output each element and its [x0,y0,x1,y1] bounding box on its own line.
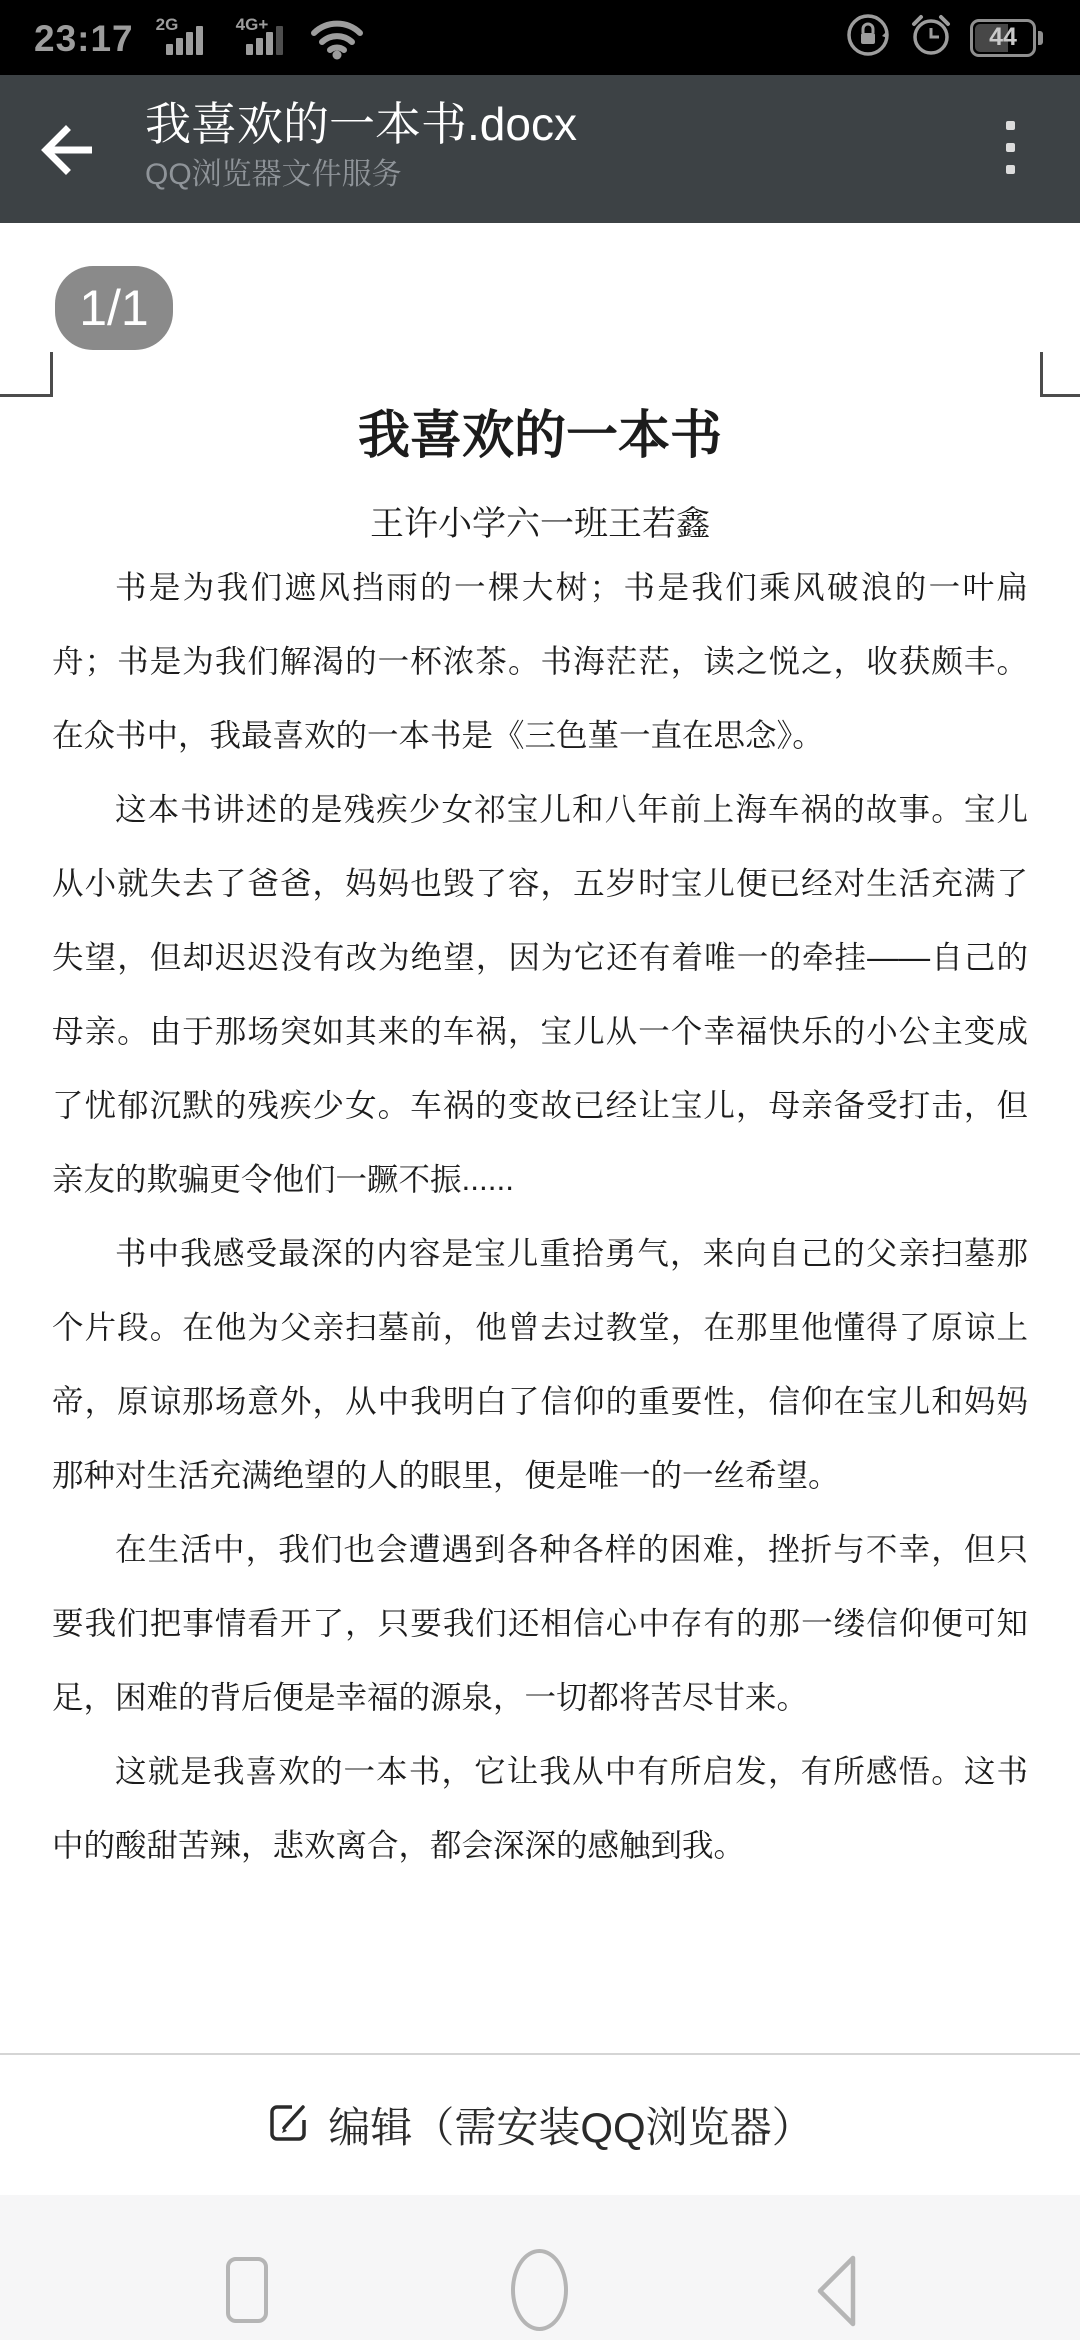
battery-icon: 44 [970,19,1036,57]
paragraph: 书中我感受最深的内容是宝儿重拾勇气，来向自己的父亲扫墓那个片段。在他为父亲扫墓前… [52,1216,1028,1512]
page-indicator-badge: 1/1 [55,266,173,350]
page-indicator: 1/1 [79,279,149,337]
rotation-lock-icon [844,11,892,64]
alarm-clock-icon [907,11,955,64]
document-viewer: 1/1 我喜欢的一本书 王许小学六一班王若鑫 书是为我们遮风挡雨的一棵大树；书是… [0,223,1080,2053]
app-header: 我喜欢的一本书.docx QQ浏览器文件服务 [0,75,1080,223]
page-corner-mark-right [1040,352,1043,397]
file-service-subtitle: QQ浏览器文件服务 [145,155,577,195]
page-corner-mark-left [50,352,53,397]
paragraph: 这就是我喜欢的一本书，它让我从中有所启发，有所感悟。这书中的酸甜苦辣，悲欢离合，… [52,1734,1028,1882]
paragraph: 在生活中，我们也会遭遇到各种各样的困难，挫折与不幸，但只要我们把事情看开了，只要… [52,1512,1028,1734]
phone-screen: 23:17 2G 4G+ [0,0,1080,2340]
page-corner-mark-right [1040,394,1080,397]
document-body: 书是为我们遮风挡雨的一棵大树；书是我们乘风破浪的一叶扁舟；书是为我们解渴的一杯浓… [52,550,1028,1882]
document-page: 我喜欢的一本书 王许小学六一班王若鑫 书是为我们遮风挡雨的一棵大树；书是我们乘风… [0,223,1080,1882]
paragraph: 书是为我们遮风挡雨的一棵大树；书是我们乘风破浪的一叶扁舟；书是为我们解渴的一杯浓… [52,550,1028,772]
battery-level: 44 [989,23,1017,52]
page-corner-mark-left [0,394,53,397]
header-text-block: 我喜欢的一本书.docx QQ浏览器文件服务 [145,95,577,195]
wifi-icon [310,16,364,65]
edit-button[interactable]: 编辑（需安装QQ浏览器） [0,2055,1080,2195]
edit-button-label: 编辑（需安装QQ浏览器） [328,2095,813,2155]
back-arrow-icon[interactable] [40,125,96,175]
paragraph: 这本书讲述的是残疾少女祁宝儿和八年前上海车祸的故事。宝儿从小就失去了爸爸，妈妈也… [52,772,1028,1216]
status-bar: 23:17 2G 4G+ [0,0,1080,75]
home-circle-icon[interactable] [511,2249,568,2331]
signal-bars-icon [166,26,203,55]
overflow-menu-icon[interactable] [1000,121,1024,174]
edit-icon [266,2100,312,2151]
status-bar-right: 44 [844,11,1046,64]
android-nav-bar [0,2195,1080,2340]
recents-square-icon[interactable] [226,2257,268,2323]
signal-sim1: 2G [156,14,214,62]
document-title: 我喜欢的一本书 [52,405,1028,467]
back-triangle-icon[interactable] [812,2251,862,2336]
document-author: 王许小学六一班王若鑫 [52,500,1028,548]
file-title: 我喜欢的一本书.docx [145,95,577,153]
signal-bars-icon [246,26,283,55]
signal-sim2: 4G+ [236,14,294,62]
clock-time: 23:17 [34,18,134,60]
